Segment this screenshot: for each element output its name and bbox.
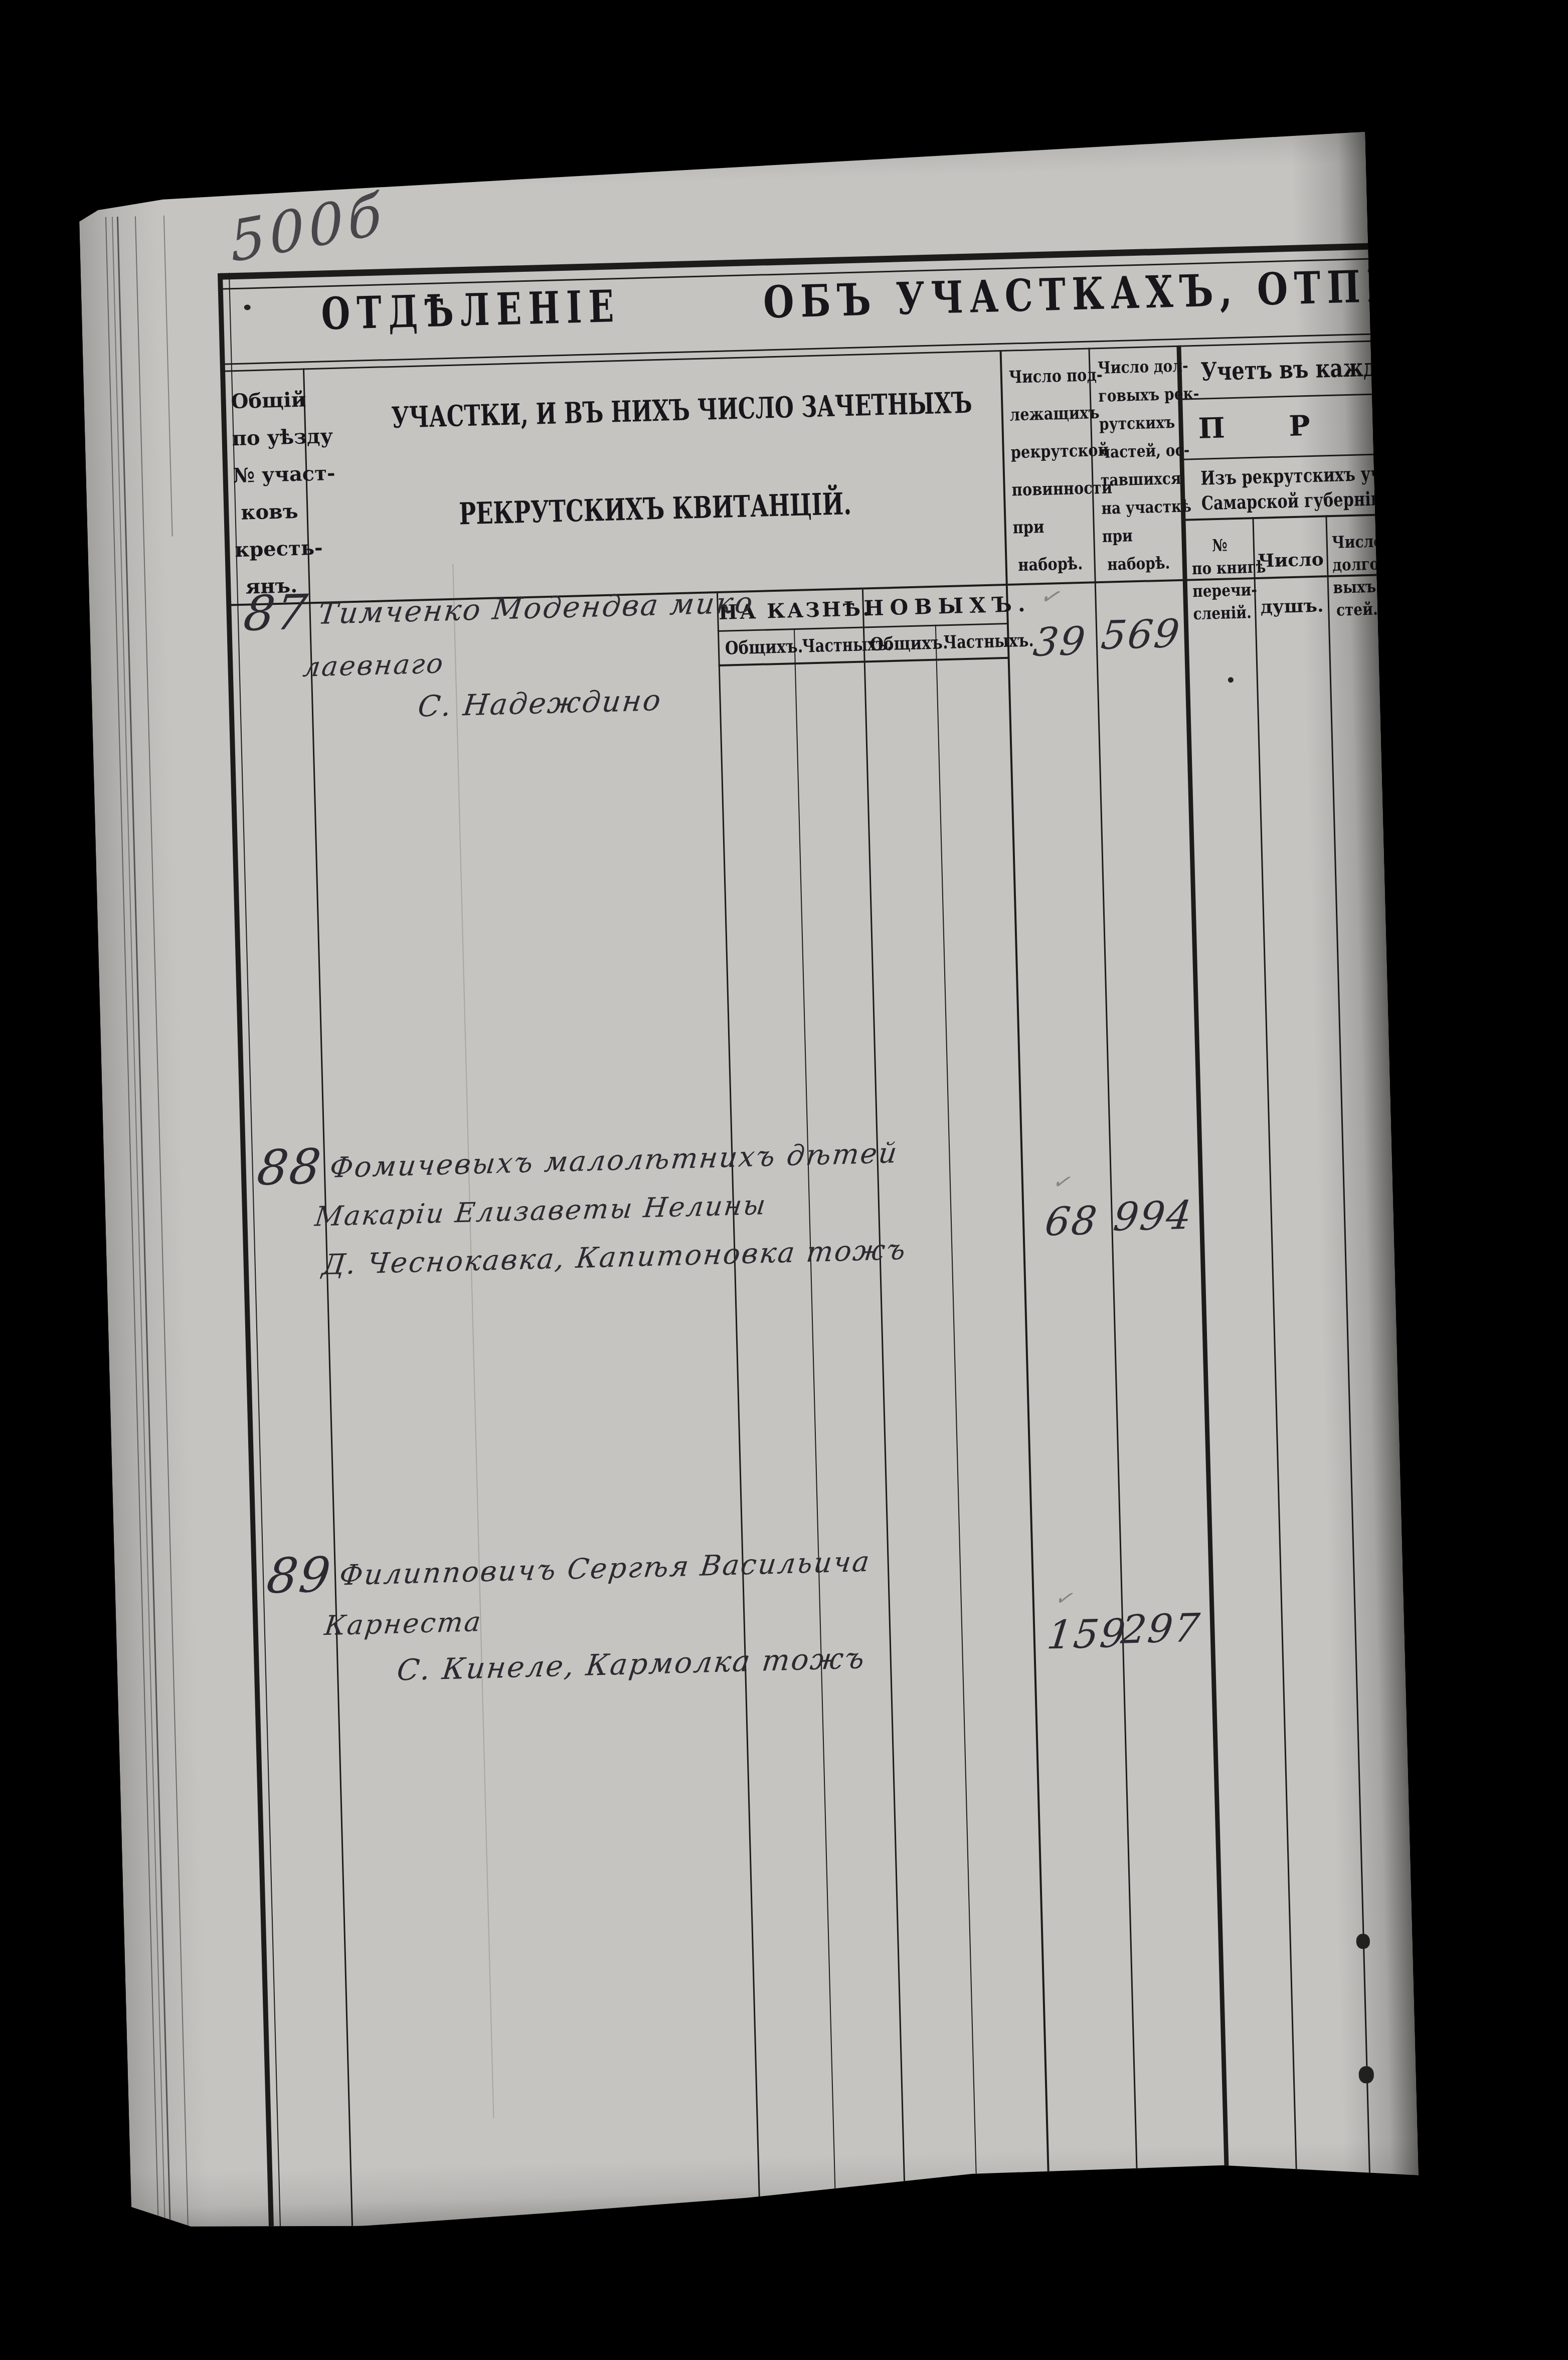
row-entry-line: Карнеста [323,1606,484,1641]
col-header-dolg-line: частей, ос- [1100,436,1172,466]
row-entry-line: лаевнаго [301,647,446,683]
uchet-subcol3-line: долго- [1332,552,1380,576]
uchet-section-title: Учетъ въ каждомъ [1200,355,1353,385]
row-number: 87 [241,584,311,642]
col-header-uezd-number: Общій по уѣзду № участ- ковъ кресть- янъ… [231,382,308,606]
uchet-row-line-2 [1182,454,1373,460]
col-header-podlezh-line: при [1012,508,1087,547]
section-title-word2: ОБЪ УЧАСТКАХЪ, ОТПРАВ [763,261,1472,325]
col-header-dolg-line: тавшихся [1100,464,1172,494]
uchet-subcol1-line: перечи- [1192,578,1250,602]
uchet-subcol1-line: сленій. [1193,601,1250,625]
paper-crease [452,564,494,2118]
row-entry-line: Фомичевыхъ малолѣтнихъ дѣтей [328,1137,900,1185]
row-entry-line: Макаріи Елизаветы Нелины [313,1189,769,1233]
col-header-dolg-line: Число дол- [1097,352,1169,382]
uchet-iz-line2: Самарской губерніи. [1201,489,1355,514]
subheader-novykh: НОВЫХЪ. [863,594,1006,620]
uchet-iz-line1: Изъ рекрутскихъ участковъ [1200,464,1354,488]
uchet-row-line-1 [1180,394,1372,400]
ink-speck [1228,677,1234,683]
page-stack-edge [105,217,159,2238]
row-value-podlezh: 159 [1044,1611,1115,1658]
col-line-uezd [303,368,353,2232]
uchet-pri-label: ПРИ [1183,410,1373,444]
col-header-dolg-line: на участкѣ [1101,492,1173,523]
folio-number-handwritten: 500б [228,181,388,275]
subheader-obshchikh-2: Общихъ. [870,634,931,654]
row-value-podlezh: 68 [1039,1198,1104,1245]
col-header-podlezh-line: наборѣ. [1013,545,1088,585]
ink-blot [1358,2066,1374,2084]
row-value-dolg: 569 [1099,611,1179,658]
col-header-dolg-line: говыхъ рек- [1098,380,1170,410]
uchet-subcol-line-1 [1252,517,1298,2208]
page-stack-edge [112,217,165,2237]
pencil-checkmark: ✓ [1038,581,1062,611]
col-header-uezd-line: кресть- [234,530,306,569]
row-value-podlezh: 39 [1027,618,1093,665]
uchet-subcol2-header: Число душъ. [1254,536,1328,630]
uchet-subcol2-line: душъ. [1256,582,1328,630]
row-number: 88 [254,1138,325,1197]
uchet-subcol3-line: выхъ ча- [1333,575,1380,598]
uchet-subcol1-line: по книгѣ [1191,556,1249,580]
subheader-obshchikh-1: Общихъ. [725,637,789,658]
title-underline-1 [223,333,1370,365]
subcol-line-kazne-start [717,593,761,2222]
uchet-subcol3-line: Число [1331,530,1379,553]
subheader-chastnykh-1: Частныхъ. [802,636,857,656]
row-value-dolg: 994 [1111,1193,1191,1240]
row-entry-line: Д. Чеснокавка, Капитоновка тожъ [320,1234,909,1282]
col-header-podlezh-line: повинности [1011,470,1086,510]
col-header-dolg: Число дол- говыхъ рек- рутскихъ частей, … [1097,352,1174,579]
page-stack-edge [117,217,171,2237]
title-underline-2 [223,341,1370,372]
col-header-uezd-line: ковъ [234,493,306,532]
uchet-subcol-line-2 [1325,515,1371,2206]
pencil-checkmark: ✓ [1051,1168,1072,1195]
col-header-uezd-line: № участ- [233,456,305,495]
col-header-uchastki-line1: УЧАСТКИ, И ВЪ НИХЪ ЧИСЛО ЗАЧЕТНЫХЪ [391,389,915,433]
col-header-uezd-line: Общій [231,382,303,421]
row-value-dolg: 297 [1118,1605,1203,1652]
col-header-dolg-line: рутскихъ [1099,408,1171,438]
scanned-ledger-page: 500б ОТДѢЛЕНІЕ ОБЪ УЧАСТКАХЪ, ОТПРАВ Общ… [0,0,1568,2360]
row-entry-line: Тимченко Модендва мико [316,585,756,631]
subcol-line-obshch1 [794,628,836,2220]
subcol-line-novykh-start [862,589,906,2218]
col-header-podlezh-line: лежащихъ [1009,395,1084,434]
uchet-subcol3-line: стей. [1333,597,1381,621]
col-header-podlezh-line: рекрутской [1010,432,1085,472]
section-title-word1: ОТДѢЛЕНІЕ [320,283,621,337]
col-header-podlezh-line: Число под- [1008,357,1083,397]
col-header-dolg-line: наборѣ. [1103,549,1175,579]
pencil-checkmark: ✓ [1053,1584,1074,1611]
uchet-row-line-3 [1183,514,1375,521]
col-header-uchastki-line2: РЕКРУТСКИХЪ КВИТАНЦІЙ. [394,487,917,532]
col-header-dolg-line: при [1102,521,1174,551]
ink-speck [244,304,251,310]
ink-blot [1356,1934,1370,1949]
subcol-line-obshch2 [935,625,978,2216]
row-entry-line: С. Надеждино [416,683,664,724]
subheader-chastnykh-2: Частныхъ. [943,632,1000,652]
uchet-subcol1-line: № [1191,533,1248,557]
paper-sheet: 500б ОТДѢЛЕНІЕ ОБЪ УЧАСТКАХЪ, ОТПРАВ Общ… [67,129,1419,2238]
col-line-section-bold [1176,346,1230,2210]
row-entry-line: Филипповичъ Сергѣя Васильича [337,1546,873,1592]
row-number: 89 [264,1547,335,1605]
col-header-uezd-line: по уѣзду [232,419,304,458]
page-fold-line [163,216,173,537]
col-header-podlezh: Число под- лежащихъ рекрутской повинност… [1008,357,1088,585]
row-entry-line: С. Кинеле, Кармолка тожъ [395,1641,867,1688]
